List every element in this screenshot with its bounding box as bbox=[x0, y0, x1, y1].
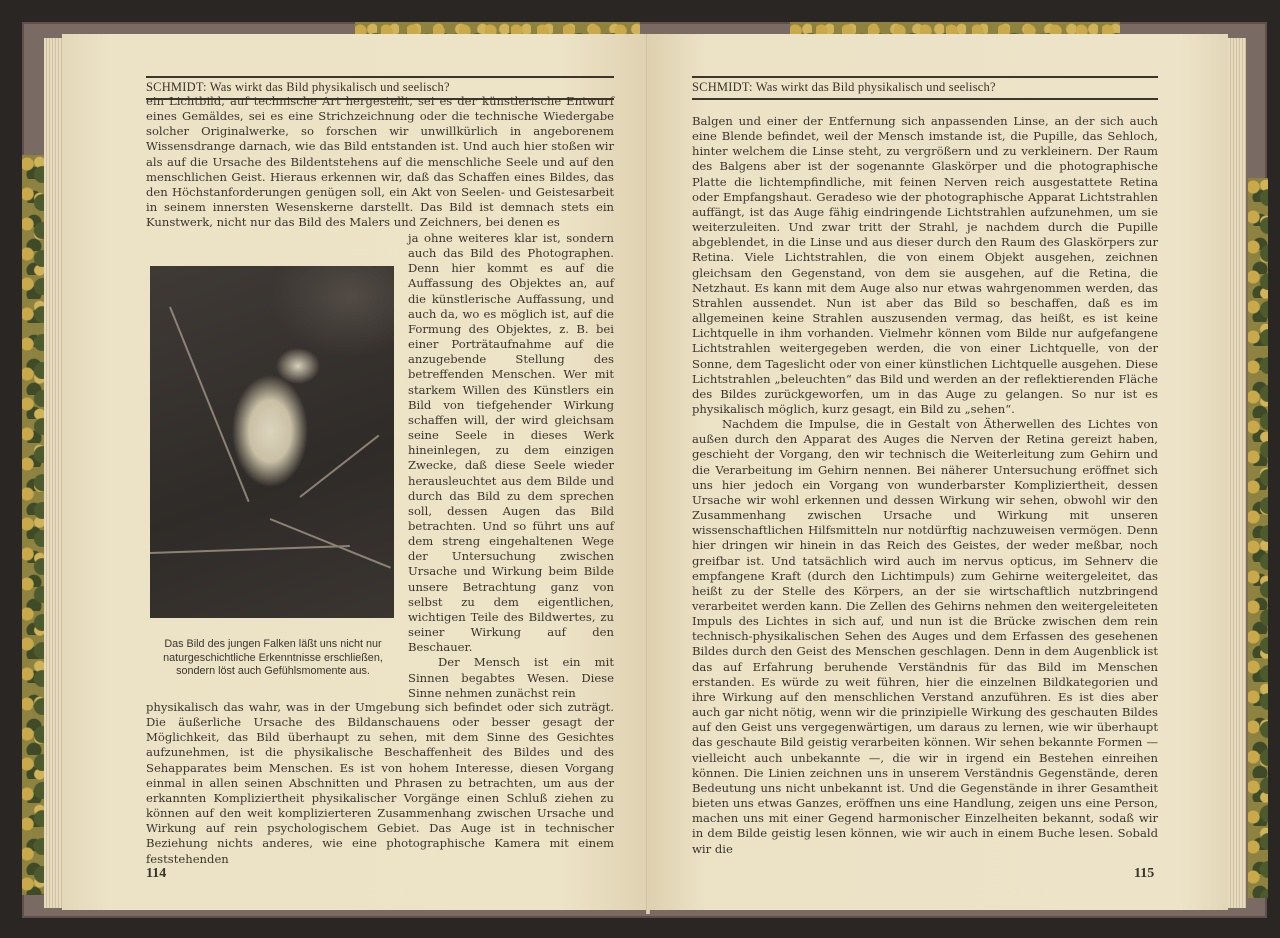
figure-caption: Das Bild des jungen Falken läßt uns nich… bbox=[144, 638, 402, 679]
marbled-endpaper-right bbox=[1248, 178, 1268, 898]
falcon-photo bbox=[150, 266, 394, 618]
running-head: SCHMIDT: Was wirkt das Bild physikalisch… bbox=[692, 76, 1158, 100]
body-text-side: ja ohne weiteres klar ist, sondern auch … bbox=[408, 231, 614, 701]
body-text-top: ein Lichtbild, auf technische Art herges… bbox=[146, 94, 614, 230]
left-page: SCHMIDT: Was wirkt das Bild physikalisch… bbox=[62, 34, 648, 910]
body-text-bottom: physikalisch das wahr, was in der Umgebu… bbox=[146, 700, 614, 867]
page-edges-right bbox=[1228, 38, 1246, 908]
body-text: Balgen und einer der Entfernung sich anp… bbox=[692, 114, 1158, 857]
right-page: SCHMIDT: Was wirkt das Bild physikalisch… bbox=[648, 34, 1228, 910]
page-number-left: 114 bbox=[146, 866, 166, 882]
marbled-endpaper-left bbox=[22, 155, 46, 895]
page-edges-left bbox=[44, 38, 62, 908]
page-number-right: 115 bbox=[1134, 866, 1154, 882]
